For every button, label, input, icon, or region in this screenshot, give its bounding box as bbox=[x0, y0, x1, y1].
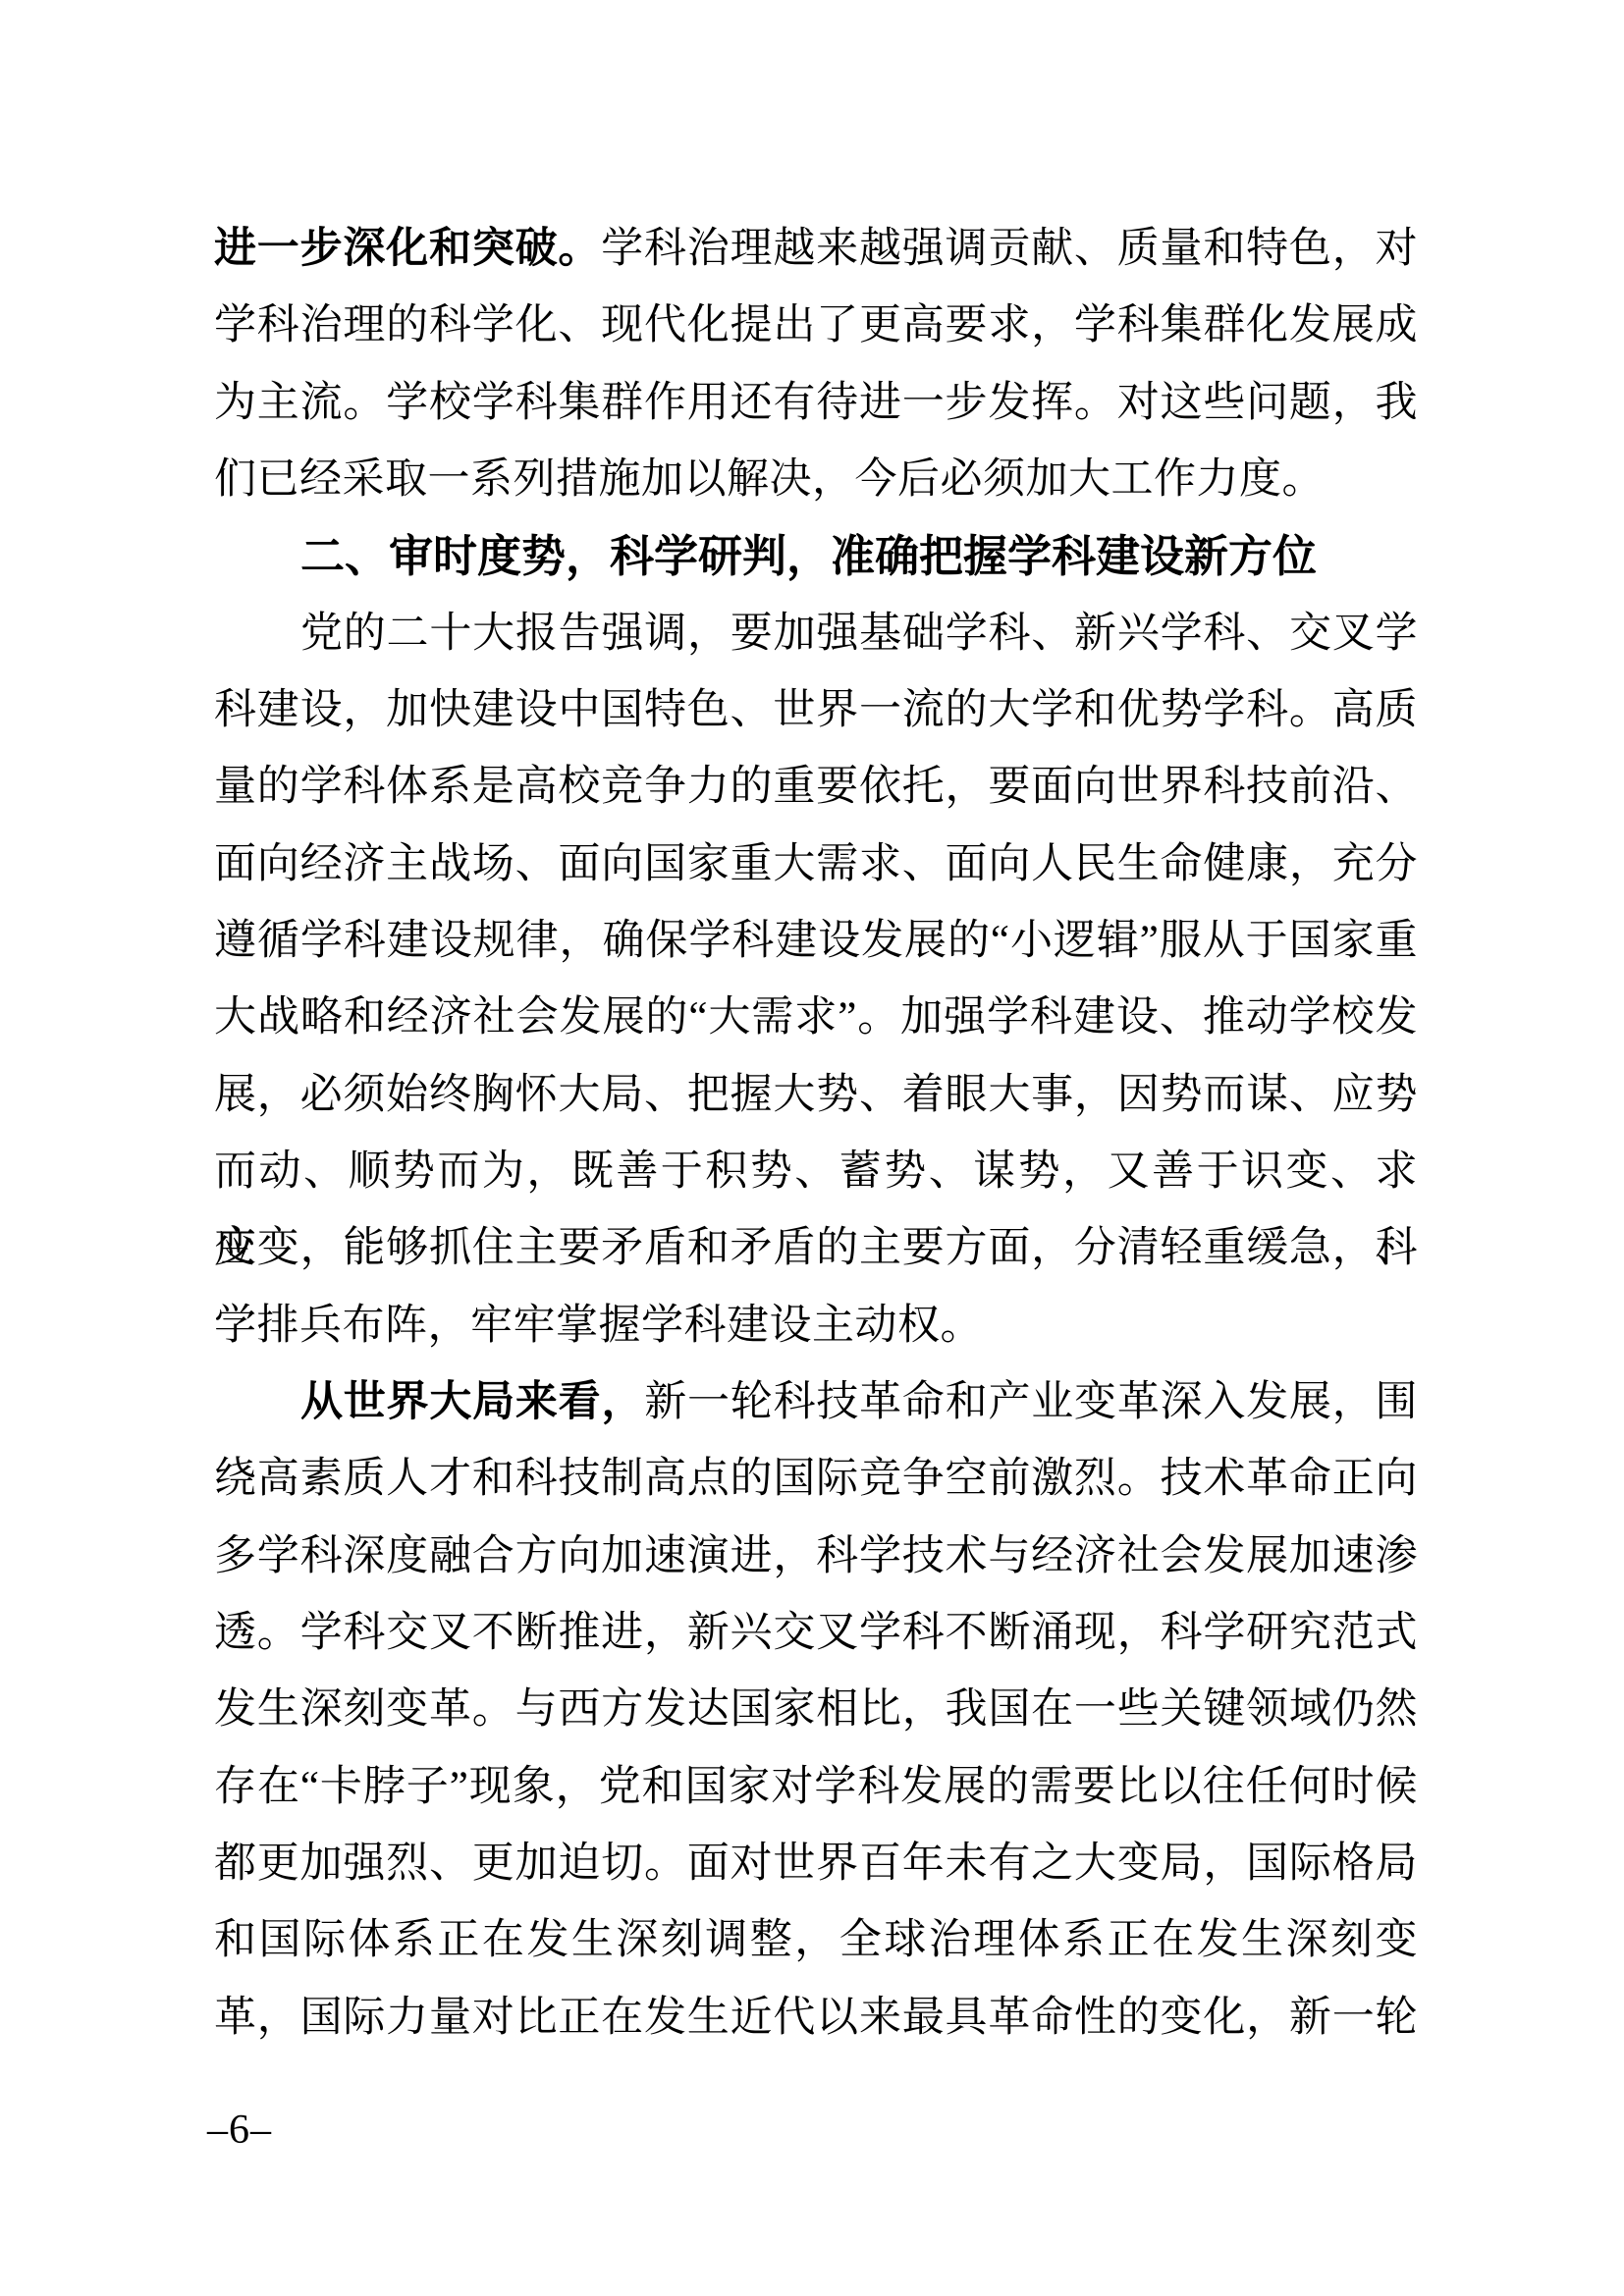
text-line: 面向经济主战场、面向国家重大需求、面向人民生命健康，充分 bbox=[214, 827, 1418, 903]
text-segment: 展，必须始终胸怀大局、把握大势、着眼大事，因势而谋、应势 bbox=[214, 1072, 1418, 1118]
text-line: 而动、顺势而为，既善于积势、蓄势、谋势，又善于识变、求变、 bbox=[214, 1134, 1418, 1210]
text-segment: 应变，能够抓住主要矛盾和矛盾的主要方面，分清轻重缓急，科 bbox=[214, 1225, 1418, 1271]
text-line: 革，国际力量对比正在发生近代以来最具革命性的变化，新一轮 bbox=[214, 1980, 1418, 2056]
bold-text-segment: 二、审时度势，科学研判，准确把握学科建设新方位 bbox=[300, 531, 1317, 581]
text-segment: 学科治理越来越强调贡献、质量和特色，对 bbox=[601, 226, 1418, 272]
text-segment: 们已经采取一系列措施加以解决，今后必须加大工作力度。 bbox=[214, 456, 1325, 503]
text-segment: 新一轮科技革命和产业变革深入发展，围 bbox=[644, 1379, 1418, 1425]
text-line: 和国际体系正在发生深刻调整，全球治理体系正在发生深刻变 bbox=[214, 1902, 1418, 1979]
text-line: 学排兵布阵，牢牢掌握学科建设主动权。 bbox=[214, 1288, 1418, 1364]
page-number: –6– bbox=[207, 2107, 272, 2154]
text-line: 学科治理的科学化、现代化提出了更高要求，学科集群化发展成 bbox=[214, 288, 1418, 364]
text-segment: 革，国际力量对比正在发生近代以来最具革命性的变化，新一轮 bbox=[214, 1995, 1418, 2041]
text-line: 科建设，加快建设中国特色、世界一流的大学和优势学科。高质 bbox=[214, 672, 1418, 749]
text-segment: 党的二十大报告强调，要加强基础学科、新兴学科、交叉学 bbox=[300, 611, 1418, 657]
text-line: 大战略和经济社会发展的“大需求”。加强学科建设、推动学校发 bbox=[214, 980, 1418, 1056]
text-segment: 面向经济主战场、面向国家重大需求、面向人民生命健康，充分 bbox=[214, 841, 1418, 887]
text-line: 绕高素质人才和科技制高点的国际竞争空前激烈。技术革命正向 bbox=[214, 1441, 1418, 1518]
text-line: 发生深刻变革。与西方发达国家相比，我国在一些关键领域仍然 bbox=[214, 1672, 1418, 1748]
text-line: 透。学科交叉不断推进，新兴交叉学科不断涌现，科学研究范式 bbox=[214, 1595, 1418, 1672]
section-heading: 二、审时度势，科学研判，准确把握学科建设新方位 bbox=[214, 518, 1418, 595]
document-page: 进一步深化和突破。学科治理越来越强调贡献、质量和特色，对学科治理的科学化、现代化… bbox=[0, 0, 1624, 2296]
text-segment: 大战略和经济社会发展的“大需求”。加强学科建设、推动学校发 bbox=[214, 994, 1418, 1041]
text-line: 量的学科体系是高校竞争力的重要依托，要面向世界科技前沿、 bbox=[214, 749, 1418, 826]
bold-text-segment: 进一步深化和突破。 bbox=[214, 226, 601, 272]
text-segment: 为主流。学校学科集群作用还有待进一步发挥。对这些问题，我 bbox=[214, 380, 1418, 426]
text-segment: 存在“卡脖子”现象，党和国家对学科发展的需要比以往任何时候 bbox=[214, 1764, 1418, 1810]
text-line: 存在“卡脖子”现象，党和国家对学科发展的需要比以往任何时候 bbox=[214, 1749, 1418, 1826]
text-segment: 量的学科体系是高校竞争力的重要依托，要面向世界科技前沿、 bbox=[214, 764, 1418, 810]
text-segment: 发生深刻变革。与西方发达国家相比，我国在一些关键领域仍然 bbox=[214, 1686, 1418, 1733]
text-segment: 绕高素质人才和科技制高点的国际竞争空前激烈。技术革命正向 bbox=[214, 1456, 1418, 1502]
bold-text-segment: 从世界大局来看， bbox=[300, 1379, 644, 1425]
text-segment: 学科治理的科学化、现代化提出了更高要求，学科集群化发展成 bbox=[214, 302, 1418, 348]
text-segment: 学排兵布阵，牢牢掌握学科建设主动权。 bbox=[214, 1303, 983, 1349]
text-segment: 科建设，加快建设中国特色、世界一流的大学和优势学科。高质 bbox=[214, 687, 1418, 733]
document-body: 进一步深化和突破。学科治理越来越强调贡献、质量和特色，对学科治理的科学化、现代化… bbox=[214, 211, 1418, 2056]
text-segment: 都更加强烈、更加迫切。面对世界百年未有之大变局，国际格局 bbox=[214, 1841, 1418, 1887]
text-line: 为主流。学校学科集群作用还有待进一步发挥。对这些问题，我 bbox=[214, 365, 1418, 442]
text-line: 多学科深度融合方向加速演进，科学技术与经济社会发展加速渗 bbox=[214, 1519, 1418, 1595]
text-line: 遵循学科建设规律，确保学科建设发展的“小逻辑”服从于国家重 bbox=[214, 903, 1418, 980]
text-line: 党的二十大报告强调，要加强基础学科、新兴学科、交叉学 bbox=[214, 596, 1418, 672]
text-segment: 和国际体系正在发生深刻调整，全球治理体系正在发生深刻变 bbox=[214, 1917, 1418, 1963]
text-line: 展，必须始终胸怀大局、把握大势、着眼大事，因势而谋、应势 bbox=[214, 1057, 1418, 1134]
text-line: 从世界大局来看，新一轮科技革命和产业变革深入发展，围 bbox=[214, 1364, 1418, 1441]
text-segment: 多学科深度融合方向加速演进，科学技术与经济社会发展加速渗 bbox=[214, 1533, 1418, 1579]
text-line: 们已经采取一系列措施加以解决，今后必须加大工作力度。 bbox=[214, 442, 1418, 518]
text-segment: 透。学科交叉不断推进，新兴交叉学科不断涌现，科学研究范式 bbox=[214, 1610, 1418, 1656]
text-line: 进一步深化和突破。学科治理越来越强调贡献、质量和特色，对 bbox=[214, 211, 1418, 288]
text-segment: 遵循学科建设规律，确保学科建设发展的“小逻辑”服从于国家重 bbox=[214, 918, 1418, 964]
text-line: 应变，能够抓住主要矛盾和矛盾的主要方面，分清轻重缓急，科 bbox=[214, 1210, 1418, 1287]
text-line: 都更加强烈、更加迫切。面对世界百年未有之大变局，国际格局 bbox=[214, 1826, 1418, 1902]
